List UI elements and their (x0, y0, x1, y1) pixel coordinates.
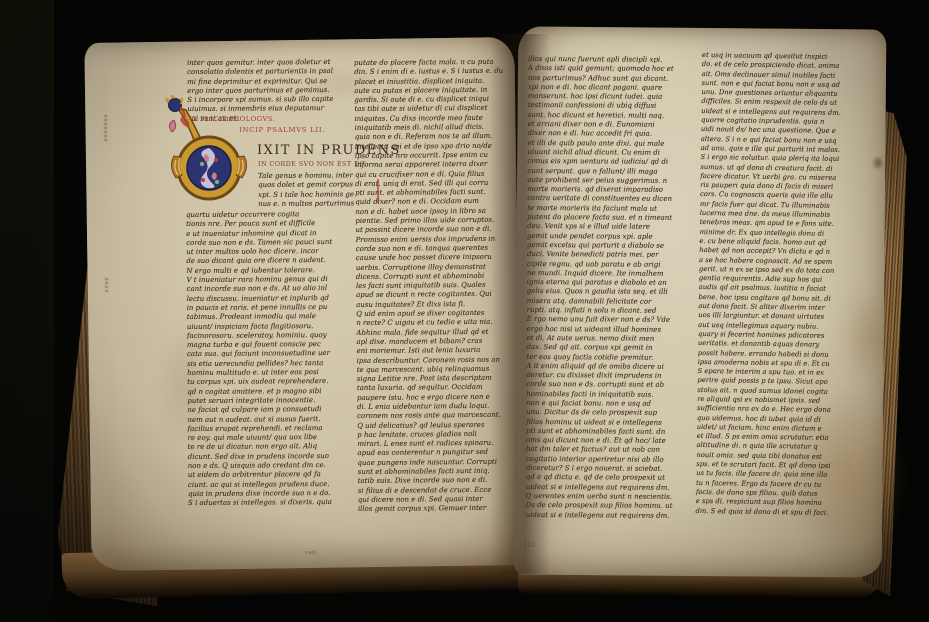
manuscript-text-line: uideat si e intellegens aut requirens dm… (526, 511, 696, 521)
marginal-annotation-mark (104, 115, 107, 141)
manuscript-text-line: tu corpus xpi. uix audeat reprehendere. (187, 377, 351, 387)
background-left-strip (0, 0, 54, 622)
manuscript-text-line: illos gemit corpus xpi. Gemuer inter (358, 504, 525, 515)
manuscript-text-line: cata sua. qui faciunt inconsuetudine uer (187, 349, 351, 359)
manuscript-text-line: contra ueritate di constituentes eu dice… (527, 194, 697, 204)
psalm-display-subline: IN CORDE SVO NON EST DS. (258, 161, 367, 168)
manuscript-text-line: A dnos isti quid gemunt; quomodo hoc et (528, 64, 698, 74)
manuscript-text-line: Ds de celo prospexit sup filios hominu. … (526, 501, 696, 511)
manuscript-text-line: deu. Venit xps si e illud uide latere (527, 222, 697, 232)
quire-signature: xviii (305, 550, 317, 556)
manuscript-text-line: quos dolet et gemit corpus (258, 181, 354, 191)
manuscript-text-line: nus e. n multos parturimus. (258, 199, 354, 209)
left-page-column1-beside-initial: Tale genus e hominu. interquos dolet et … (258, 171, 354, 209)
folio-number: 183 (524, 542, 535, 549)
left-page-column1-body: quartu uidetur occurrere cogitationis nr… (186, 210, 352, 509)
manuscript-photo: inter quos gemitur. inter quos doletur e… (0, 0, 929, 622)
right-page-column4: et usq in uacuum qd quesitut inspicido. … (696, 51, 857, 518)
left-page-column2: putate do placere facta mala. n cu putad… (354, 58, 525, 515)
manuscript-text-line: de suo dicant quia ore dicere n audent. (186, 256, 350, 266)
manuscript-text-line: cimus eis xpm uenturu ad iudiciu/ qd di (527, 157, 697, 167)
manuscript-text-line: corde suo non e ds. corrupti sunt et ab (526, 380, 696, 390)
manuscript-text-line: dixer non e di. huc accedit fri quia. (528, 129, 698, 139)
manuscript-text-line: bat dm taler et factus? aut ut nob con (526, 445, 696, 455)
manuscript-text-line: S i aduertas si intellegas. si dixeris. … (188, 498, 352, 508)
manuscript-text-line: qd e qd dictu e. qd de celo prospexit ut (526, 473, 696, 483)
manuscript-text-line: din. S i enim di e. iustus e. S i iustus… (354, 67, 521, 78)
manuscript-text-line: duci. Venite benedicti patris mei. per (527, 250, 697, 260)
manuscript-text-line: ipsa describuntur. Coronem rosis nos an (357, 355, 524, 366)
parchment-stain (872, 156, 884, 170)
red-marginal-bracket (377, 179, 379, 203)
manuscript-text-line: coronem nos rosis ante qua marcescant. (357, 411, 524, 422)
manuscript-text-line: xpi. S i tale hoc hominis ge (258, 190, 354, 200)
manuscript-text-line: E rgo nemo unu fuit dixer non e ds? Vde (527, 315, 697, 325)
right-page-column3: illos qui nunc fuerunt apli discipli xpi… (526, 55, 698, 521)
manuscript-text-line: unu. Dicitur ds de celo prospexit sup (526, 408, 696, 418)
illuminated-initial-D (158, 94, 252, 206)
manuscript-text-line: dax. Sed qd ait. corpus xpi gemit in (526, 343, 696, 353)
manuscript-text-line: gelis eius. Quos n gaudia ista seq. et i… (527, 287, 697, 297)
marginal-annotation-mark (105, 278, 108, 292)
